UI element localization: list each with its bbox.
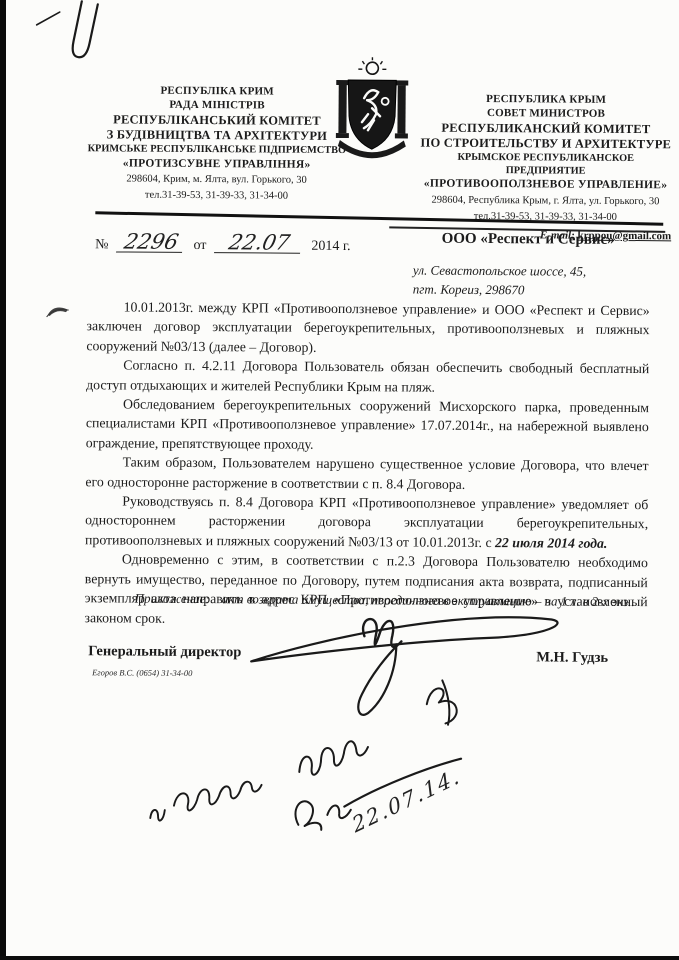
reference-line: № 2296 от 22.07 2014 г. [95,232,351,255]
letterhead-right-line: «ПРОТИВООПОЛЗНЕВОЕ УПРАВЛЕНИЕ» [418,177,674,193]
letterhead-right-address: 298604, Республика Крым, г. Ялта, ул. Го… [417,193,673,208]
body-paragraph-1: 10.01.2013г. между КРП «Противооползнево… [86,297,649,359]
handwritten-date: 22.07 [214,233,304,254]
letterhead-right-line: ПО СТРОИТЕЛЬСТВУ И АРХИТЕКТУРЕ [418,136,674,153]
termination-date: 22 июля 2014 года. [495,535,607,551]
attachment-label: Приложение: [135,591,210,607]
letter-body: 10.01.2013г. между КРП «Противооползнево… [84,297,649,631]
letterhead-right-line: РЕСПУБЛИКАНСКИЙ КОМИТЕТ [418,120,674,137]
crimea-coat-of-arms-icon [334,56,411,161]
letterhead-left-line: З БУДІВНИЦТВА ТА АРХІТЕКТУРИ [78,127,356,145]
recipient-name: ООО «Респект и Сервис» [397,230,659,249]
handwritten-number: 2296 [116,232,186,252]
number-label: № [95,237,108,252]
letterhead-left-address: 298604, Крим, м. Ялта, вул. Горького, 30 [78,172,356,187]
letterhead-left-line: «ПРОТИЗСУВНЕ УПРАВЛІННЯ» [78,156,356,172]
pen-mark-paperclip-icon [28,0,118,70]
body-paragraph-3: Обследованием берегоукрепительных сооруж… [86,394,649,456]
recipient-address: ул. Севастопольское шоссе, 45, пгт. Коре… [413,262,659,301]
executor-note: Егоров В.С. (0654) 31-34-00 [92,667,192,678]
letterhead-left-line: КРИМСЬКЕ РЕСПУБЛІКАНСЬКЕ ПІДПРИЄМСТВО [78,143,356,158]
letterhead-right-line: КРЫМСКОЕ РЕСПУБЛИКАНСКОЕ ПРЕДПРИЯТИЕ [418,151,674,179]
body-paragraph-4: Таким образом, Пользователем нарушено су… [85,452,648,495]
document-content: РЕСПУБЛІКА КРИМ РАДА МІНІСТРІВ РЕСПУБЛІК… [0,0,679,960]
recipient-block: ООО «Респект и Сервис» ул. Севастопольск… [397,230,659,301]
letterhead-left-phone: тел.31-39-53, 31-39-33, 31-34-00 [77,188,355,203]
recipient-address-line2: пгт. Кореиз, 298670 [413,280,659,301]
recipient-address-line1: ул. Севастопольское шоссе, 45, [413,262,659,283]
from-label: от [193,238,206,253]
body-paragraph-2: Согласно п. 4.2.11 Договора Пользователь… [86,355,649,398]
scanned-letter-page: РЕСПУБЛІКА КРИМ РАДА МІНІСТРІВ РЕСПУБЛІК… [0,0,679,960]
body-paragraph-5: Руководствуясь п. 8.4 Договора КРП «Прот… [85,491,648,553]
director-title: Генеральный директор [88,643,241,661]
letterhead-left: РЕСПУБЛІКА КРИМ РАДА МІНІСТРІВ РЕСПУБЛІК… [77,84,356,203]
ink-smudge-icon [45,301,73,323]
year-label: 2014 г. [311,239,350,254]
